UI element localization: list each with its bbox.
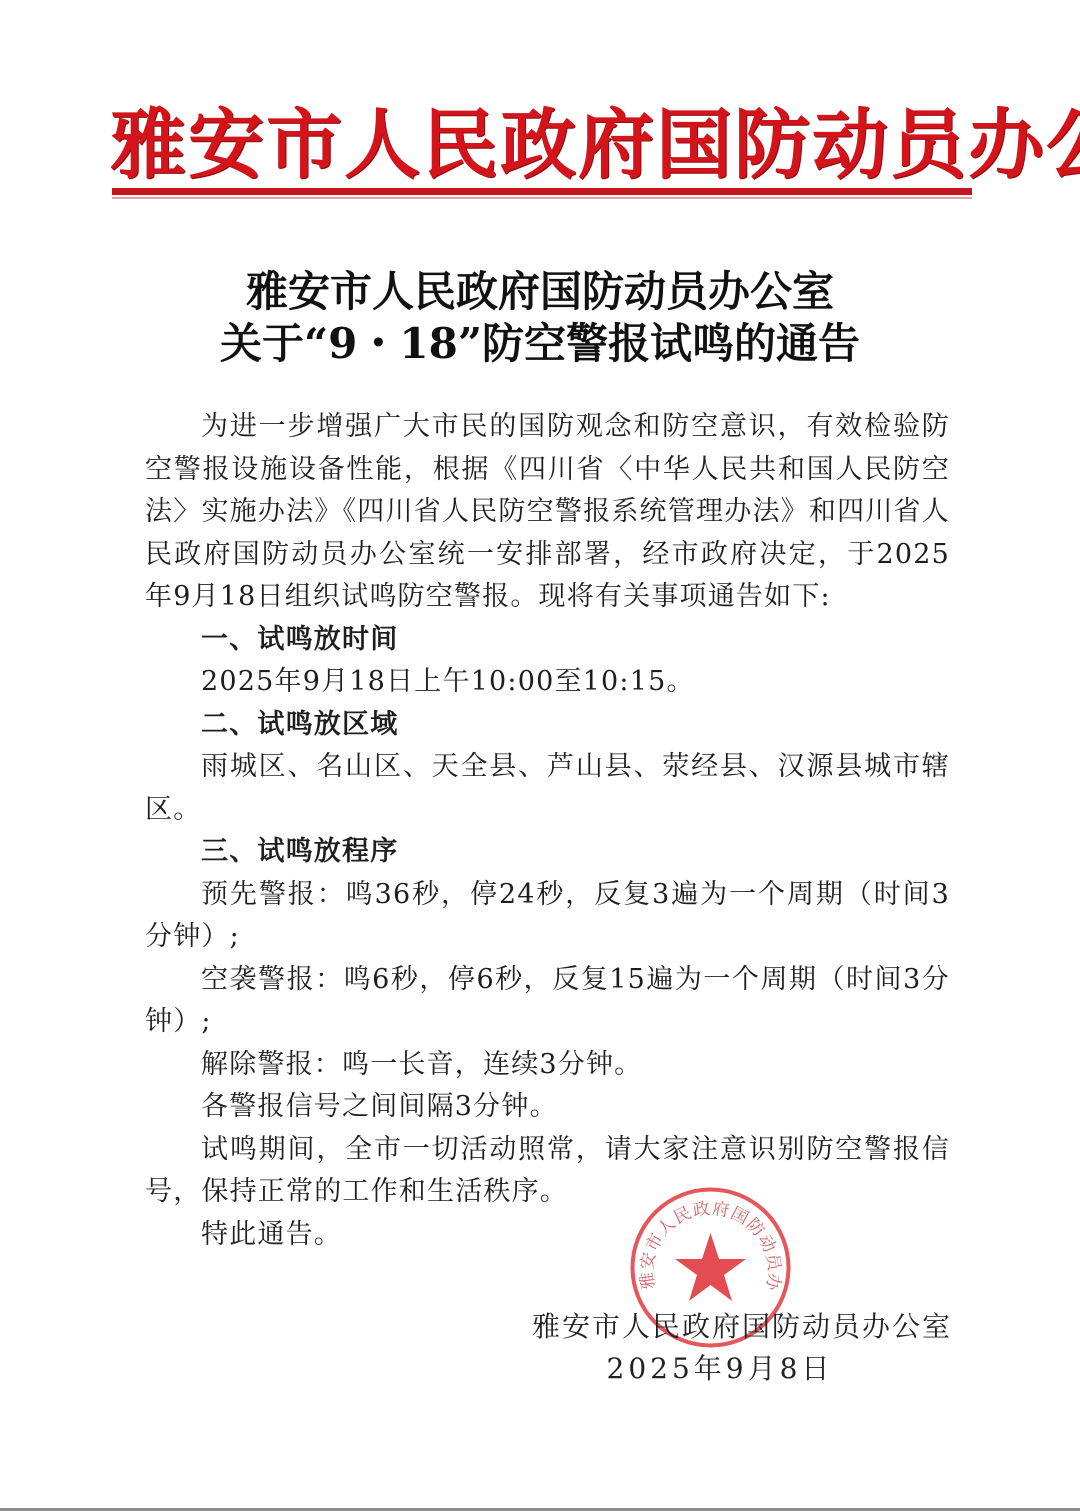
masthead-org-name: 雅安市人民政府国防动员办公室 xyxy=(110,100,970,190)
masthead-red-rule-thin xyxy=(112,197,972,199)
procedure-all-clear: 解除警报：鸣一长音，连续3分钟。 xyxy=(145,1044,950,1087)
document-body: 为进一步增强广大市民的国防观念和防空意识，有效检验防空警报设施设备性能，根据《四… xyxy=(145,406,950,1256)
document-title-line1: 雅安市人民政府国防动员办公室 xyxy=(0,264,1080,320)
closing-statement: 特此通告。 xyxy=(145,1214,950,1257)
document-title-line2: 关于“9・18”防空警报试鸣的通告 xyxy=(0,316,1080,372)
red-star-icon xyxy=(675,1233,746,1301)
section-heading-procedure: 三、试鸣放程序 xyxy=(145,831,950,874)
section-heading-time: 一、试鸣放时间 xyxy=(145,619,950,662)
procedure-interval: 各警报信号之间间隔3分钟。 xyxy=(145,1086,950,1129)
section-time-text: 2025年9月18日上午10:00至10:15。 xyxy=(145,661,950,704)
masthead-red-rule xyxy=(112,188,972,195)
section-area-text: 雨城区、名山区、天全县、芦山县、荥经县、汉源县城市辖区。 xyxy=(145,746,950,831)
procedure-preliminary-alert: 预先警报：鸣36秒，停24秒，反复3遍为一个周期（时间3分钟）; xyxy=(145,874,950,959)
intro-paragraph: 为进一步增强广大市民的国防观念和防空意识，有效检验防空警报设施设备性能，根据《四… xyxy=(145,406,950,619)
signature-date: 2025年9月8日 xyxy=(600,1349,840,1389)
section-heading-area: 二、试鸣放区域 xyxy=(145,704,950,747)
procedure-public-notice: 试鸣期间，全市一切活动照常，请大家注意识别防空警报信号，保持正常的工作和生活秩序… xyxy=(145,1129,950,1214)
signature-org: 雅安市人民政府国防动员办公室 xyxy=(532,1305,932,1349)
procedure-air-raid-alert: 空袭警报：鸣6秒，停6秒，反复15遍为一个周期（时间3分钟）; xyxy=(145,959,950,1044)
